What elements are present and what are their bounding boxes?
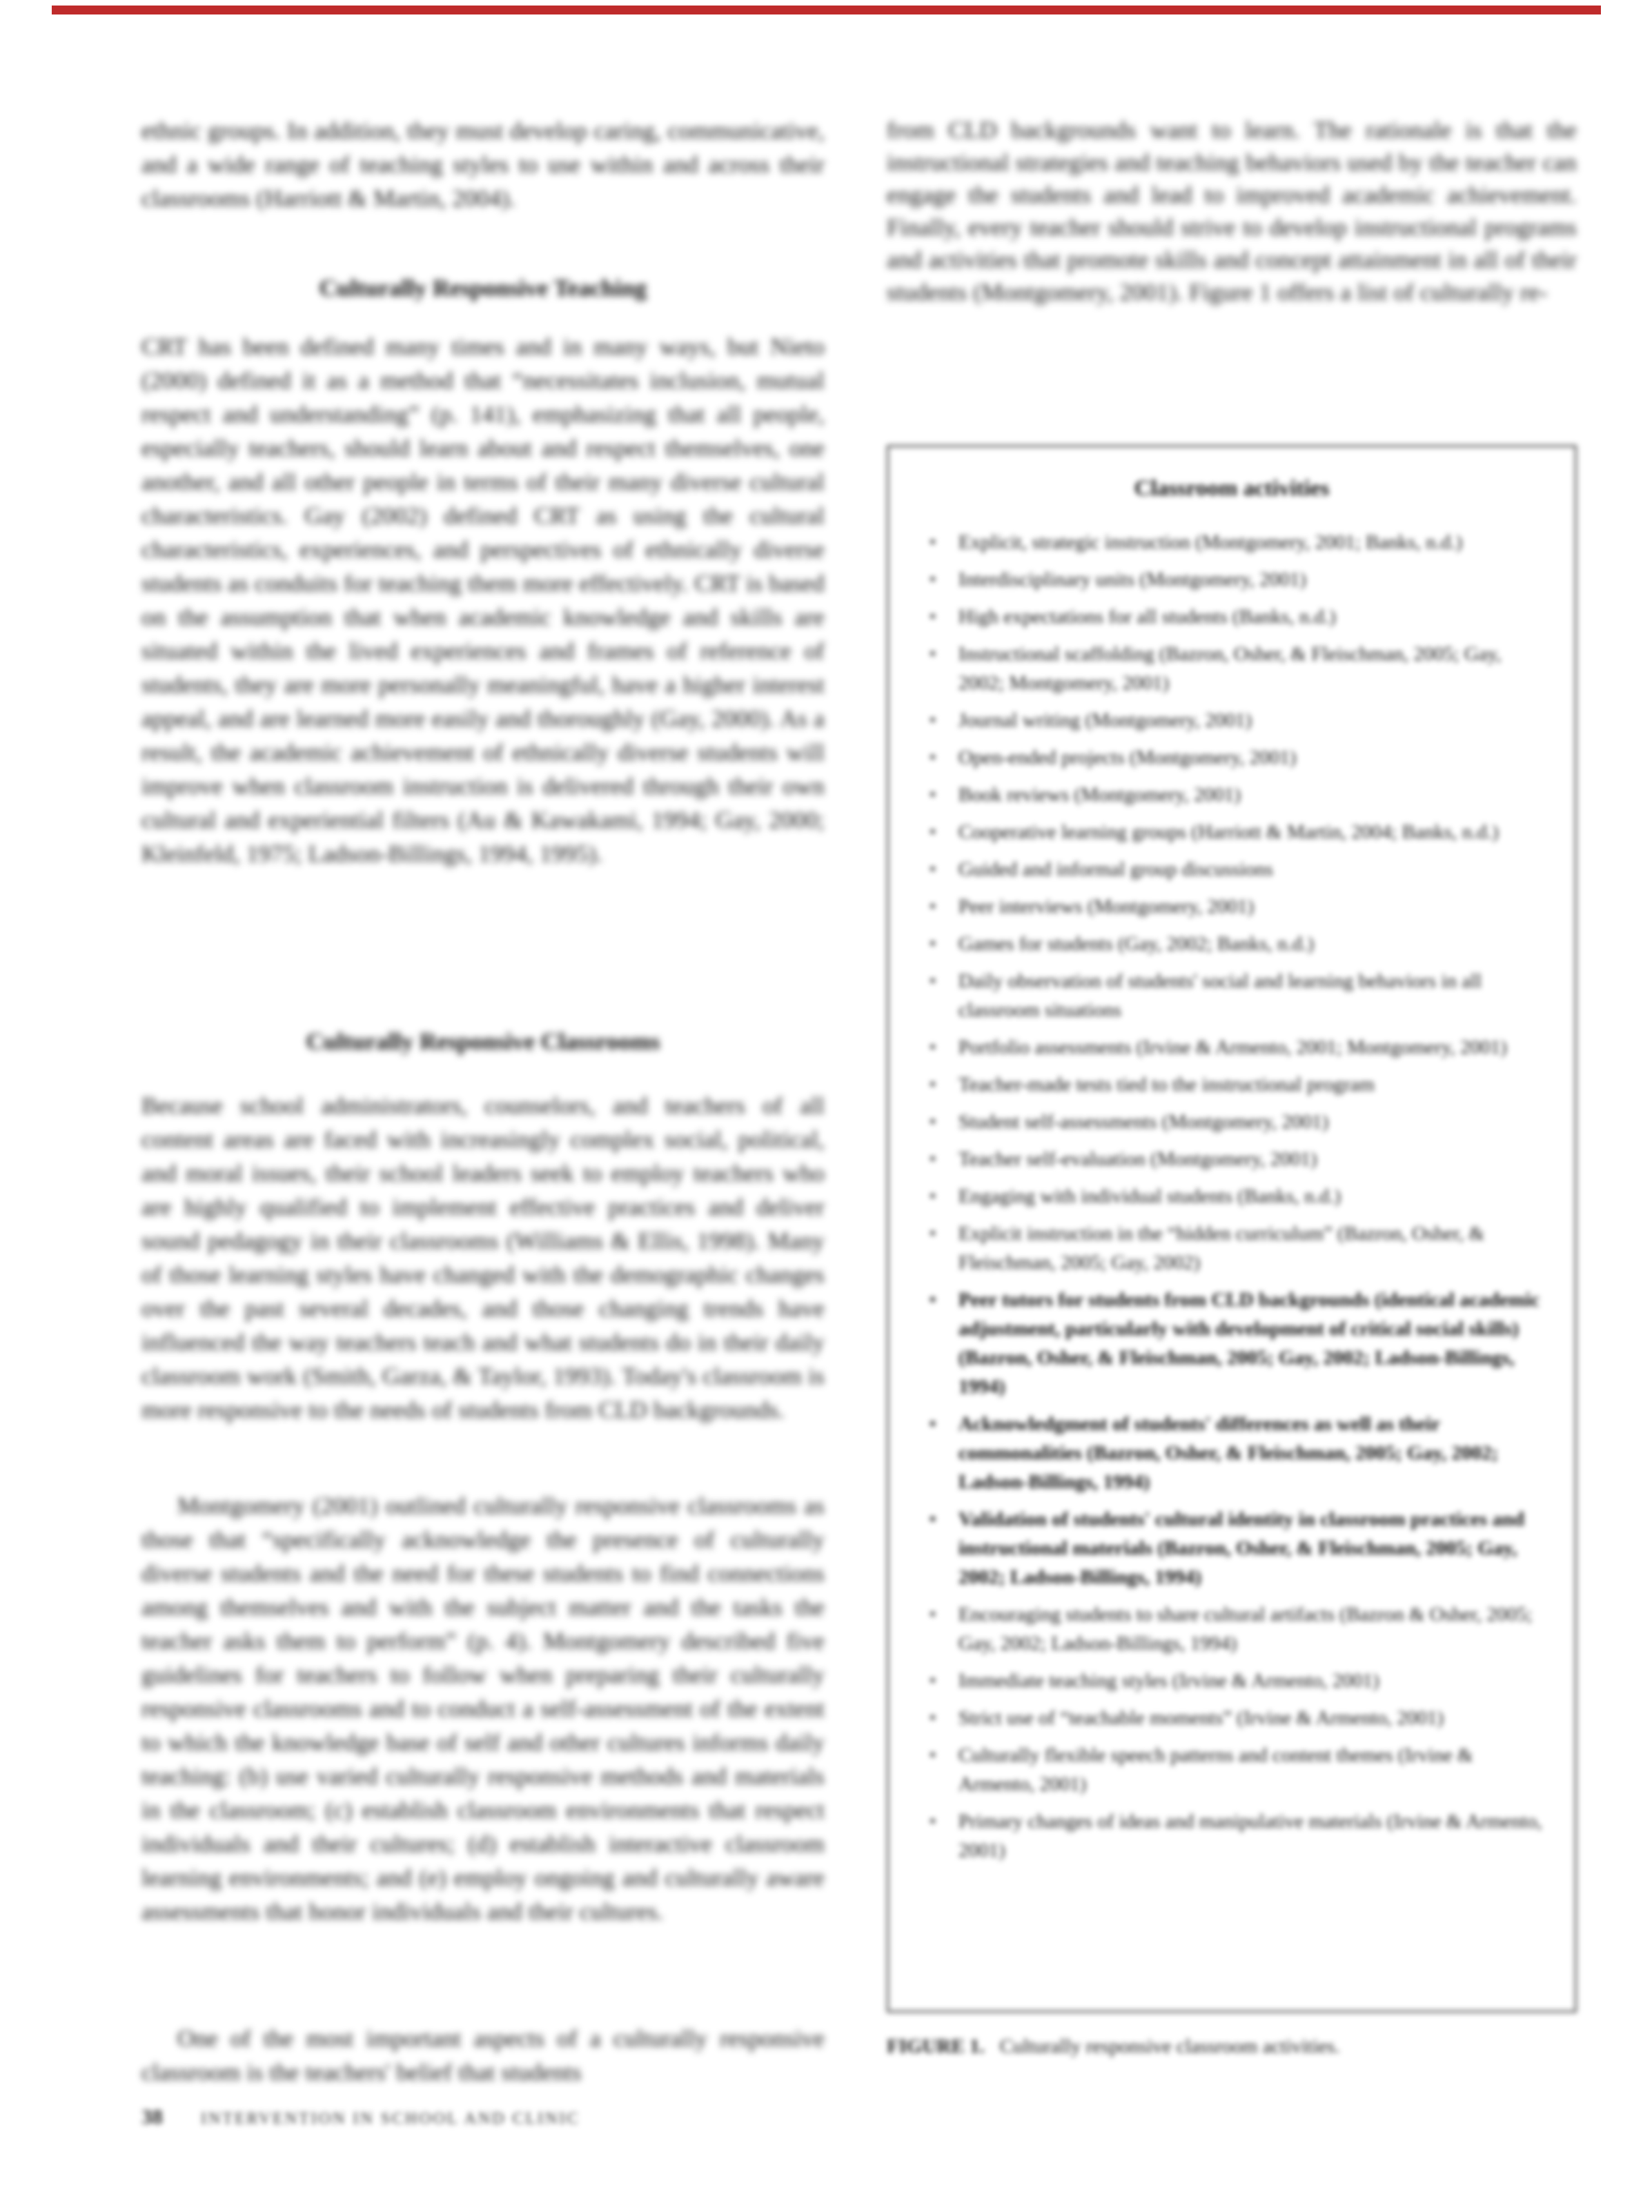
figure-list-item-text: Portfolio assessments (Irvine & Armento,… [958, 1036, 1507, 1058]
bullet-icon: • [930, 818, 936, 847]
figure-list-item: •Teacher-made tests tied to the instruct… [920, 1070, 1544, 1099]
figure-list-item-text: Peer interviews (Montgomery, 2001) [958, 896, 1254, 918]
figure-list-item-text: Cooperative learning groups (Harriott & … [958, 821, 1499, 843]
left-paragraph-2: CRT has been defined many times and in m… [141, 330, 825, 871]
figure-list-item: •Strict use of “teachable moments” (Irvi… [920, 1704, 1544, 1732]
figure-list-item-text: Guided and informal group discussions [958, 858, 1273, 880]
figure-list-item: •Journal writing (Montgomery, 2001) [920, 706, 1544, 735]
figure-list-item-text: Instructional scaffolding (Bazron, Osher… [958, 643, 1502, 694]
figure-1-caption: FIGURE 1.Culturally responsive classroom… [887, 2035, 1577, 2058]
bullet-icon: • [930, 967, 936, 996]
bullet-icon: • [930, 1285, 936, 1314]
figure-caption-text: Culturally responsive classroom activiti… [1000, 2035, 1340, 2057]
left-paragraph-4: Montgomery (2001) outlined culturally re… [141, 1489, 825, 1928]
bullet-icon: • [930, 1107, 936, 1136]
figure-list-item-text: Book reviews (Montgomery, 2001) [958, 784, 1241, 806]
bullet-icon: • [930, 892, 936, 921]
bullet-icon: • [930, 1070, 936, 1099]
page-number: 38 [141, 2104, 163, 2129]
figure-list-item-text: Daily observation of students' social an… [958, 970, 1482, 1021]
bullet-icon: • [930, 706, 936, 735]
figure-1-box: Classroom activities •Explicit, strategi… [887, 445, 1577, 2013]
figure-list-item: •Book reviews (Montgomery, 2001) [920, 780, 1544, 809]
figure-list-item: •Culturally flexible speech patterns and… [920, 1741, 1544, 1799]
figure-list-item-text: Peer tutors for students from CLD backgr… [958, 1289, 1540, 1398]
figure-list-item-text: Games for students (Gay, 2002; Banks, n.… [958, 933, 1314, 955]
figure-list-item: •Guided and informal group discussions [920, 855, 1544, 884]
figure-list-item: •Daily observation of students' social a… [920, 967, 1544, 1025]
figure-list-item-text: Open-ended projects (Montgomery, 2001) [958, 747, 1296, 769]
figure-list-item: •Explicit, strategic instruction (Montgo… [920, 528, 1544, 557]
figure-list-item: •Portfolio assessments (Irvine & Armento… [920, 1033, 1544, 1062]
bullet-icon: • [930, 1666, 936, 1695]
page-top-red-rule [52, 6, 1601, 14]
figure-activities-list: •Explicit, strategic instruction (Montgo… [920, 528, 1544, 1865]
bullet-icon: • [930, 1410, 936, 1439]
bullet-icon: • [930, 743, 936, 772]
figure-list-item: •Validation of students' cultural identi… [920, 1505, 1544, 1592]
bullet-icon: • [930, 1219, 936, 1248]
left-paragraph-5: One of the most important aspects of a c… [141, 2022, 825, 2089]
figure-list-item: •Teacher self-evaluation (Montgomery, 20… [920, 1145, 1544, 1174]
bullet-icon: • [930, 1741, 936, 1770]
journal-page: ethnic groups. In addition, they must de… [0, 0, 1652, 2212]
bullet-icon: • [930, 640, 936, 669]
figure-list-item-text: Engaging with individual students (Banks… [958, 1185, 1341, 1207]
figure-list-item-text: Explicit, strategic instruction (Montgom… [958, 531, 1462, 553]
bullet-icon: • [930, 1600, 936, 1629]
bullet-icon: • [930, 780, 936, 809]
bullet-icon: • [930, 565, 936, 594]
figure-list-item-text: Explicit instruction in the “hidden curr… [958, 1223, 1484, 1274]
page-footer: 38INTERVENTION IN SCHOOL AND CLINIC [141, 2104, 580, 2129]
figure-list-item: •Immediate teaching styles (Irvine & Arm… [920, 1666, 1544, 1695]
figure-list-item: •Games for students (Gay, 2002; Banks, n… [920, 929, 1544, 958]
figure-list-item: •Peer tutors for students from CLD backg… [920, 1285, 1544, 1401]
bullet-icon: • [930, 1182, 936, 1211]
bullet-icon: • [930, 602, 936, 631]
figure-list-item-text: High expectations for all students (Bank… [958, 606, 1336, 628]
figure-list-item-text: Student self-assessments (Montgomery, 20… [958, 1111, 1328, 1133]
figure-list-item: •Acknowledgment of students' differences… [920, 1410, 1544, 1497]
heading-culturally-responsive-teaching: Culturally Responsive Teaching [141, 275, 825, 302]
bullet-icon: • [930, 1033, 936, 1062]
figure-list-item-text: Culturally flexible speech patterns and … [958, 1744, 1473, 1795]
figure-list-item: •Explicit instruction in the “hidden cur… [920, 1219, 1544, 1277]
figure-list-item: •Interdisciplinary units (Montgomery, 20… [920, 565, 1544, 594]
figure-list-item: •Instructional scaffolding (Bazron, Oshe… [920, 640, 1544, 698]
figure-list-item-text: Teacher self-evaluation (Montgomery, 200… [958, 1148, 1317, 1170]
bullet-icon: • [930, 855, 936, 884]
bullet-icon: • [930, 929, 936, 958]
heading-culturally-responsive-classrooms: Culturally Responsive Classrooms [141, 1028, 825, 1056]
figure-caption-label: FIGURE 1. [887, 2035, 985, 2057]
figure-list-item-text: Encouraging students to share cultural a… [958, 1603, 1533, 1655]
bullet-icon: • [930, 528, 936, 557]
figure-list-item-text: Acknowledgment of students' differences … [958, 1413, 1498, 1493]
bullet-icon: • [930, 1145, 936, 1174]
running-title: INTERVENTION IN SCHOOL AND CLINIC [201, 2110, 580, 2128]
figure-box-title: Classroom activities [920, 476, 1544, 502]
bullet-icon: • [930, 1704, 936, 1732]
bullet-icon: • [930, 1807, 936, 1836]
figure-list-item: •Encouraging students to share cultural … [920, 1600, 1544, 1658]
figure-list-item: •Open-ended projects (Montgomery, 2001) [920, 743, 1544, 772]
right-paragraph-1: from CLD backgrounds want to learn. The … [887, 114, 1577, 308]
figure-list-item-text: Teacher-made tests tied to the instructi… [958, 1074, 1375, 1096]
figure-list-item-text: Strict use of “teachable moments” (Irvin… [958, 1707, 1444, 1729]
figure-list-item: •High expectations for all students (Ban… [920, 602, 1544, 631]
left-paragraph-3: Because school administrators, counselor… [141, 1089, 825, 1427]
figure-list-item-text: Primary changes of ideas and manipulativ… [958, 1810, 1542, 1862]
left-paragraph-1: ethnic groups. In addition, they must de… [141, 114, 825, 215]
figure-list-item-text: Validation of students' cultural identit… [958, 1508, 1524, 1588]
figure-list-item-text: Immediate teaching styles (Irvine & Arme… [958, 1670, 1379, 1692]
figure-list-item-text: Interdisciplinary units (Montgomery, 200… [958, 569, 1306, 591]
figure-list-item: •Student self-assessments (Montgomery, 2… [920, 1107, 1544, 1136]
figure-list-item: •Peer interviews (Montgomery, 2001) [920, 892, 1544, 921]
figure-list-item: •Primary changes of ideas and manipulati… [920, 1807, 1544, 1865]
figure-list-item-text: Journal writing (Montgomery, 2001) [958, 709, 1252, 731]
figure-list-item: •Engaging with individual students (Bank… [920, 1182, 1544, 1211]
bullet-icon: • [930, 1505, 936, 1534]
figure-list-item: •Cooperative learning groups (Harriott &… [920, 818, 1544, 847]
